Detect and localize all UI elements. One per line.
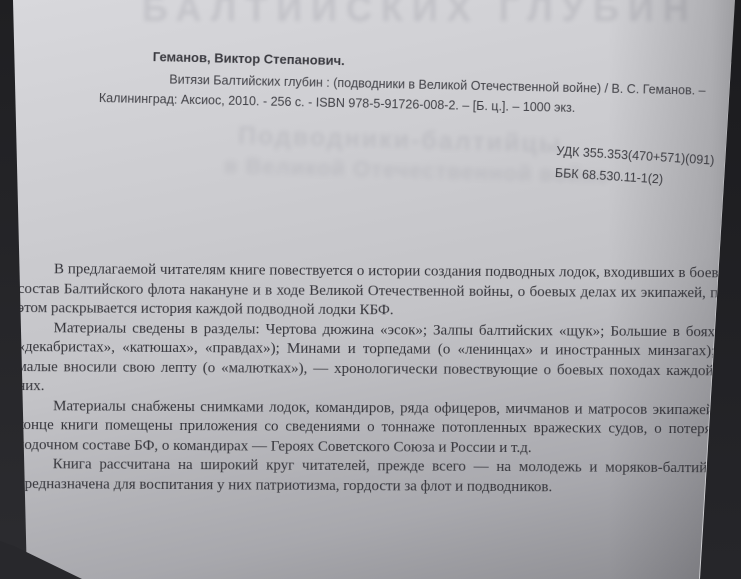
ghost-bleedthrough-title: БАЛТИЙСКИХ ГЛУБИН — [142, 0, 698, 30]
annotation-paragraph: Материалы сведены в разделы: Чертова дюж… — [17, 318, 733, 400]
annotation-text: В предлагаемой читателям книге повествуе… — [17, 260, 734, 498]
annotation-paragraph: Материалы снабжены снимками лодок, коман… — [17, 396, 733, 459]
cip-block: Геманов, Виктор Степанович. Витязи Балти… — [99, 46, 741, 121]
annotation-paragraph: Книга рассчитана на широкий круг читател… — [17, 455, 733, 498]
book-page-photo: БАЛТИЙСКИХ ГЛУБИН Подводники-балтийцы в … — [0, 0, 741, 579]
annotation-paragraph: В предлагаемой читателям книге повествуе… — [18, 260, 734, 323]
